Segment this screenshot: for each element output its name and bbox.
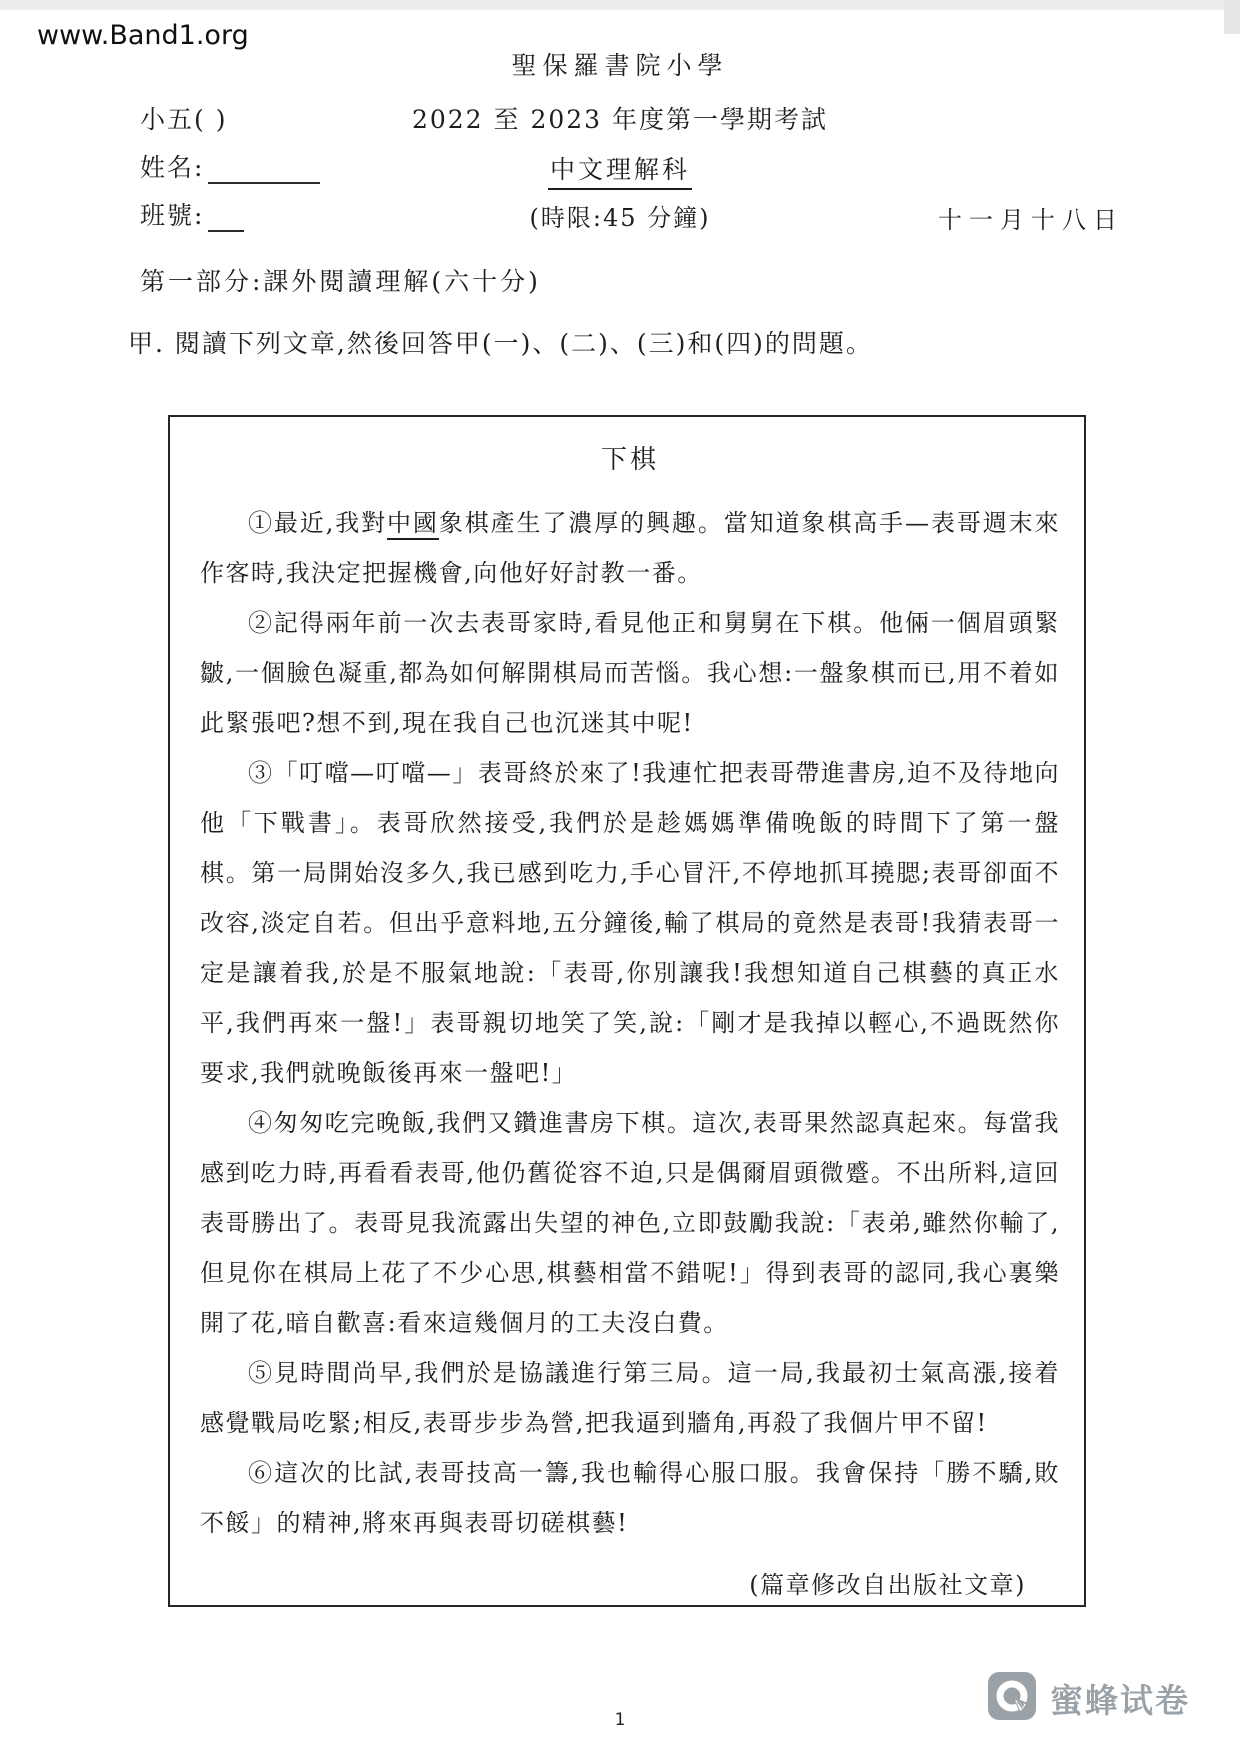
exam-title: 2022 至 2023 年度第一學期考試 <box>0 100 1240 136</box>
scan-edge-corner <box>1224 0 1240 34</box>
underlined-term: 中國 <box>387 509 439 540</box>
passage-paragraph-6: ⑥這次的比試,表哥技高一籌,我也輸得心服口服。我會保持「勝不驕,敗不餒」的精神,… <box>200 1448 1060 1548</box>
part-heading: 第一部分:課外閱讀理解(六十分) <box>140 262 541 298</box>
page-number: 1 <box>0 1710 1240 1730</box>
passage-attribution: (篇章修改自出版社文章) <box>200 1560 1060 1610</box>
passage-paragraph-1: ①最近,我對中國象棋產生了濃厚的興趣。當知道象棋高手—表哥週末來作客時,我決定把… <box>200 498 1060 598</box>
passage-box: 下棋 ①最近,我對中國象棋產生了濃厚的興趣。當知道象棋高手—表哥週末來作客時,我… <box>168 415 1086 1607</box>
passage-paragraph-2: ②記得兩年前一次去表哥家時,看見他正和舅舅在下棋。他倆一個眉頭緊皺,一個臉色凝重… <box>200 598 1060 748</box>
school-name: 聖保羅書院小學 <box>0 46 1240 82</box>
passage-paragraph-3: ③「叮噹—叮噹—」表哥終於來了!我連忙把表哥帶進書房,迫不及待地向他「下戰書」。… <box>200 748 1060 1098</box>
passage-title: 下棋 <box>200 439 1060 476</box>
instruction-text: 甲. 閱讀下列文章,然後回答甲(一)、(二)、(三)和(四)的問題。 <box>128 324 873 360</box>
passage-paragraph-4: ④匆匆吃完晚飯,我們又鑽進書房下棋。這次,表哥果然認真起來。每當我感到吃力時,再… <box>200 1098 1060 1348</box>
subject-title: 中文理解科 <box>0 150 1240 186</box>
paragraph-1-prefix: ①最近,我對 <box>248 509 387 537</box>
passage-paragraph-5: ⑤見時間尚早,我們於是協議進行第三局。這一局,我最初士氣高漲,接着感覺戰局吃緊;… <box>200 1348 1060 1448</box>
exam-date: 十一月十八日 <box>938 200 1124 235</box>
scan-edge-top <box>0 0 1240 10</box>
